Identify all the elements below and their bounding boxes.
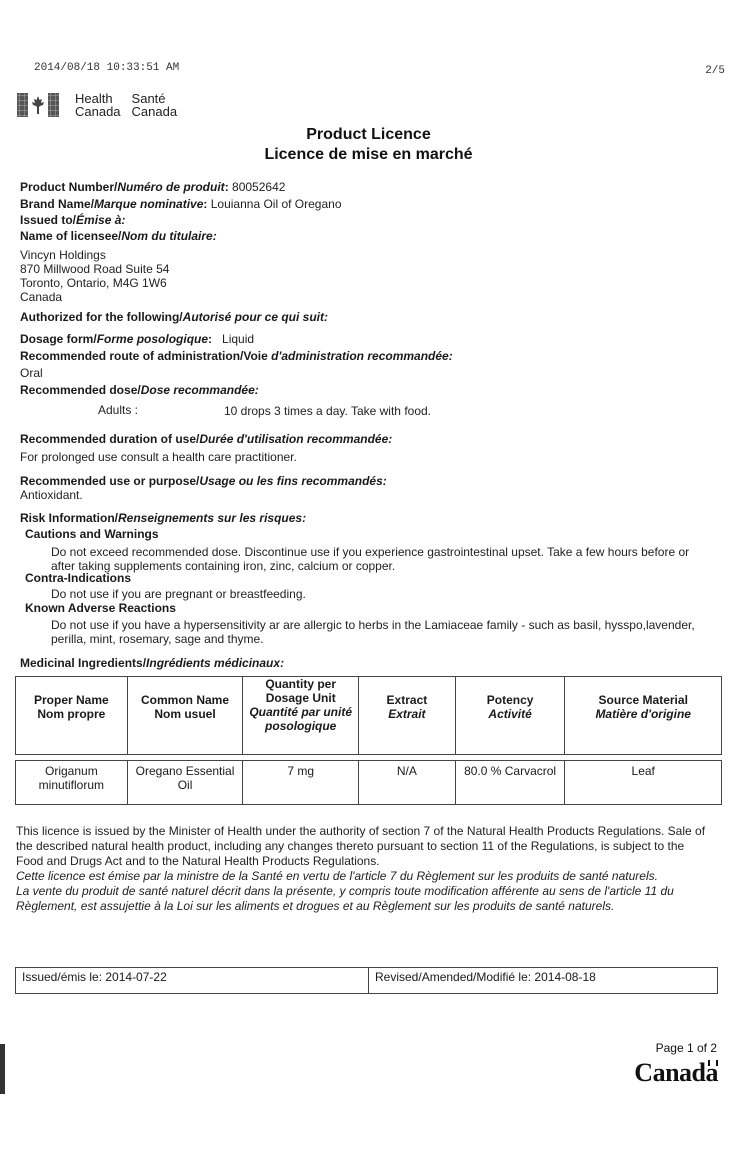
purpose-value: Antioxidant.	[20, 488, 83, 502]
contra-indications-heading: Contra-Indications	[25, 571, 131, 585]
revised-date: Revised/Amended/Modifié le: 2014-08-18	[369, 968, 602, 993]
product-number: Product Number/Numéro de produit: 800526…	[20, 180, 285, 194]
contra-indications-text: Do not use if you are pregnant or breast…	[51, 587, 306, 601]
dose-value: 10 drops 3 times a day. Take with food.	[224, 404, 431, 418]
dose-heading: Recommended dose/Dose recommandée:	[20, 383, 259, 397]
licensee-address-line: Toronto, Ontario, M4G 1W6	[20, 276, 167, 290]
licensee-address-line: Vincyn Holdings	[20, 248, 106, 262]
column-header-quantity: Quantity per Dosage UnitQuantité par uni…	[243, 677, 359, 754]
licensee-address-line: Canada	[20, 290, 62, 304]
ingredients-heading: Medicinal Ingredients/Ingrédients médici…	[20, 656, 284, 670]
page-title: Product Licence Licence de mise en march…	[0, 125, 737, 165]
table-header: Proper NameNom propre Common NameNom usu…	[15, 676, 722, 755]
fax-timestamp: 2014/08/18 10:33:51 AM	[34, 62, 179, 74]
cautions-heading: Cautions and Warnings	[25, 527, 159, 541]
adverse-reactions-heading: Known Adverse Reactions	[25, 601, 176, 615]
risk-heading: Risk Information/Renseignements sur les …	[20, 511, 306, 525]
dept-name-en: HealthCanada	[75, 92, 121, 118]
cell-extract: N/A	[359, 761, 456, 804]
dose-group: Adults :	[98, 403, 138, 417]
column-header-source-material: Source MaterialMatière d'origine	[565, 677, 721, 754]
cell-potency: 80.0 % Carvacrol	[456, 761, 566, 804]
route-value: Oral	[20, 366, 43, 380]
duration-heading: Recommended duration of use/Durée d'util…	[20, 432, 392, 446]
dept-name-fr: SantéCanada	[132, 92, 178, 118]
licensee-address-line: 870 Millwood Road Suite 54	[20, 262, 169, 276]
cautions-text: Do not exceed recommended dose. Disconti…	[51, 545, 689, 559]
cell-proper-name: Origanum minutiflorum	[16, 761, 128, 804]
issued-to-label: Issued to/Émise à:	[20, 213, 125, 227]
page-number: Page 1 of 2	[656, 1041, 717, 1055]
adverse-reactions-text: Do not use if you have a hypersensitivit…	[51, 618, 695, 632]
cell-source-material: Leaf	[565, 761, 721, 804]
duration-value: For prolonged use consult a health care …	[20, 450, 297, 464]
issued-date: Issued/émis le: 2014-07-22	[16, 968, 369, 993]
cell-common-name: Oregano Essential Oil	[128, 761, 244, 804]
legal-notice: This licence is issued by the Minister o…	[16, 824, 721, 914]
brand-name: Brand Name/Marque nominative: Louianna O…	[20, 197, 342, 211]
mini-flag-icon	[708, 1060, 718, 1066]
dates-box: Issued/émis le: 2014-07-22 Revised/Amend…	[15, 967, 718, 994]
cell-quantity: 7 mg	[243, 761, 359, 804]
column-header-common-name: Common NameNom usuel	[128, 677, 244, 754]
fax-page-counter: 2/5	[705, 65, 725, 77]
column-header-potency: PotencyActivité	[456, 677, 566, 754]
column-header-extract: ExtractExtrait	[359, 677, 456, 754]
dosage-form: Dosage form/Forme posologique: Liquid	[20, 332, 254, 346]
canada-wordmark: Canada	[634, 1058, 718, 1088]
table-row: Origanum minutiflorum Oregano Essential …	[15, 760, 722, 805]
authorized-heading: Authorized for the following/Autorisé po…	[20, 310, 328, 324]
licensee-label: Name of licensee/Nom du titulaire:	[20, 229, 217, 243]
route-heading: Recommended route of administration/Voie…	[20, 349, 453, 363]
canada-flag-icon	[17, 93, 59, 117]
purpose-heading: Recommended use or purpose/Usage ou les …	[20, 474, 387, 488]
column-header-proper-name: Proper NameNom propre	[16, 677, 128, 754]
scan-artifact	[0, 1044, 5, 1094]
adverse-reactions-text: perilla, mint, rosemary, sage and thyme.	[51, 632, 264, 646]
health-canada-signature: HealthCanada SantéCanada	[17, 92, 177, 118]
